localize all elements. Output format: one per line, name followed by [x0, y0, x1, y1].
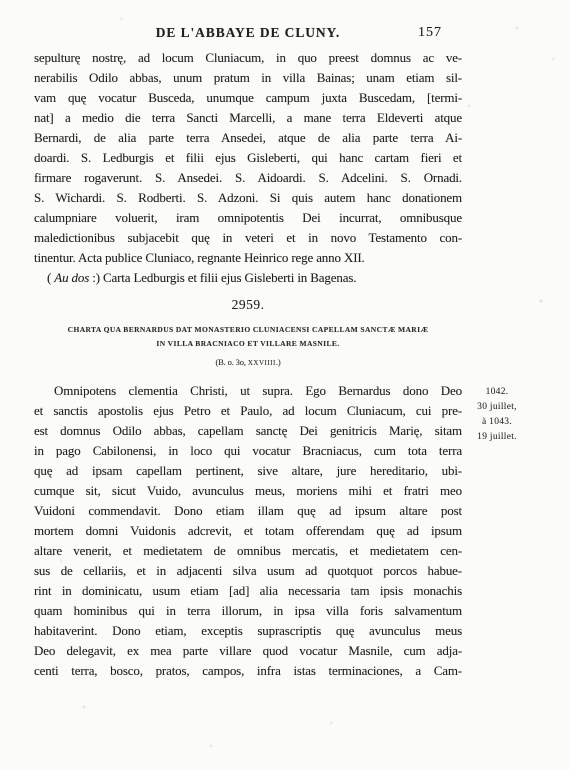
text-line: S. Wichardi. S. Rodberti. S. Adzoni. Si … — [34, 188, 462, 208]
text-line: nerabilis Odilo abbas, unum pratum in vi… — [34, 68, 462, 88]
text-line: cumque sit, sicut Vuido, avunculus meus,… — [34, 481, 462, 501]
scan-specks — [0, 0, 2, 2]
text-line: vam quę vocatur Busceda, unumque campum … — [34, 88, 462, 108]
text-line: sus de cellariis, et in adjacenti silva … — [34, 561, 462, 581]
au-dos-line: ( Au dos :) Carta Ledburgis et filii eju… — [34, 268, 462, 288]
margin-note-line: 1042. — [455, 385, 539, 400]
citation-roman-numeral: XXVIIII — [248, 359, 276, 367]
text-line: sepulturę nostrę, ad locum Cluniacum, in… — [34, 48, 462, 68]
text-line: Omnipotens clementia Christi, ut supra. … — [34, 381, 462, 401]
text-line: altare venerit, et medietatem de omnibus… — [34, 541, 462, 561]
text-line: Bernardi, de alia parte terra Ansedei, a… — [34, 128, 462, 148]
au-dos-italic: Au dos — [54, 270, 89, 285]
book-page: DE L'ABBAYE DE CLUNY. 157 sepulturę nost… — [0, 0, 570, 770]
text-line: firmare rogaverunt. S. Ansedei. S. Aidoa… — [34, 168, 462, 188]
text-line: Deo delegavit, ex mea parte villare quod… — [34, 641, 462, 661]
text-line: rint in dominicatu, usum etiam [ad] alia… — [34, 581, 462, 601]
text-line: calumpniare voluerit, iram omnipotentis … — [34, 208, 462, 228]
running-head-title: DE L'ABBAYE DE CLUNY. — [34, 25, 462, 41]
text-line: maledictionibus subjacebit quę in veteri… — [34, 228, 462, 248]
margin-note-line: 19 juillet. — [455, 430, 539, 445]
page-number: 157 — [418, 25, 442, 41]
archive-citation: (B. o. 3o, XXVIIII.) — [34, 356, 462, 369]
margin-date-note: 1042.30 juillet,à 1043.19 juillet. — [455, 385, 539, 445]
charter-heading-line: IN VILLA BRACNIACO ET VILLARE MASNILE. — [34, 337, 462, 351]
charter-paragraph: Omnipotens clementia Christi, ut supra. … — [34, 381, 462, 681]
au-dos-rest: :) Carta Ledburgis et filii ejus Gislebe… — [89, 270, 356, 285]
text-line: Vuidoni commendavit. Dono etiam illam qu… — [34, 501, 462, 521]
text-line: habitaverint. Dono etiam, exceptis supra… — [34, 621, 462, 641]
margin-note-line: à 1043. — [455, 415, 539, 430]
text-line: mortem domni Vuidonis adcrevit, et totam… — [34, 521, 462, 541]
citation-post: .) — [276, 357, 281, 367]
text-block: sepulturę nostrę, ad locum Cluniacum, in… — [34, 48, 462, 681]
text-line: doardi. S. Ledburgis et filii ejus Gisle… — [34, 148, 462, 168]
paragraph-continuation: sepulturę nostrę, ad locum Cluniacum, in… — [34, 48, 462, 268]
text-line: et sanctis apostolis ejus Petro et Paulo… — [34, 401, 462, 421]
text-line: quę ad ipsam capellam pertinent, sive al… — [34, 461, 462, 481]
text-line: quam hominibus qui in terra illorum, in … — [34, 601, 462, 621]
text-line: in pago Cabilonensi, in loco qui vocatur… — [34, 441, 462, 461]
text-line: est domnus Odilo abbas, capellam sanctę … — [34, 421, 462, 441]
charter-number: 2959. — [34, 297, 462, 313]
text-line: nat] a medio die terra Sancti Marcelli, … — [34, 108, 462, 128]
citation-pre: (B. o. 3o, — [215, 357, 247, 367]
charter-heading: CHARTA QUA BERNARDUS DAT MONASTERIO CLUN… — [34, 323, 462, 351]
charter-heading-line: CHARTA QUA BERNARDUS DAT MONASTERIO CLUN… — [34, 323, 462, 337]
text-line: tinentur. Acta publice Cluniaco, regnant… — [34, 248, 462, 268]
text-line: centi terra, bosco, pratos, campos, infr… — [34, 661, 462, 681]
margin-note-line: 30 juillet, — [455, 400, 539, 415]
page-header: DE L'ABBAYE DE CLUNY. 157 — [34, 25, 462, 45]
